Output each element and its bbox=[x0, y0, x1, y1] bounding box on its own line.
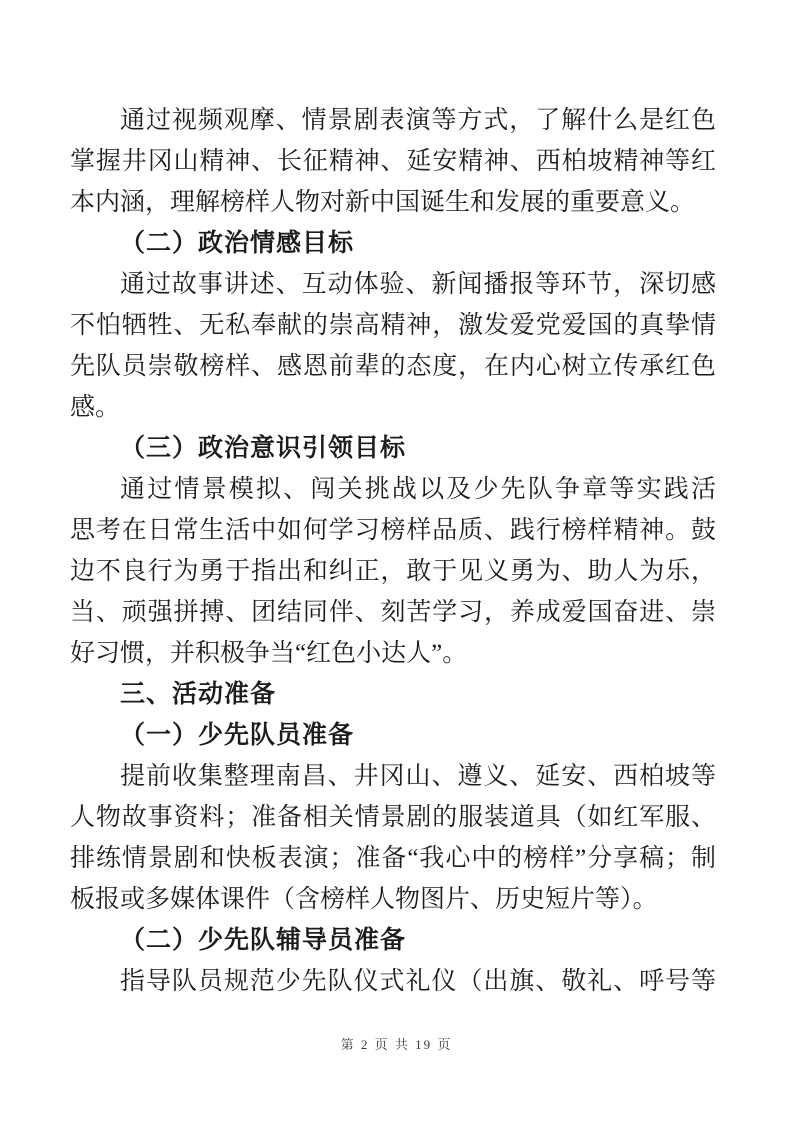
paragraph-line: 感。 bbox=[70, 387, 716, 428]
paragraph-line: 当、顽强拼搏、团结同伴、刻苦学习，养成爱国奋进、崇尚榜样的良 bbox=[70, 592, 716, 633]
paragraph-line: 边不良行为勇于指出和纠正，敢于见义勇为、助人为乐，从小学会担 bbox=[70, 551, 716, 592]
paragraph-line: 提前收集整理南昌、井冈山、遵义、延安、西柏坡等圣地的榜样 bbox=[70, 756, 716, 797]
subsection-heading: （一）少先队员准备 bbox=[70, 715, 716, 756]
paragraph-line: 板报或多媒体课件（含榜样人物图片、历史短片等）。 bbox=[70, 879, 716, 920]
paragraph-line: 掌握井冈山精神、长征精神、延安精神、西柏坡精神等红色精神的基 bbox=[70, 141, 716, 182]
paragraph-line: 不怕牺牲、无私奉献的崇高精神，激发爱党爱国的真挚情感，培养少 bbox=[70, 305, 716, 346]
paragraph-line: 通过情景模拟、闯关挑战以及少先队争章等实践活动，引导队员 bbox=[70, 469, 716, 510]
page-number-footer: 第 2 页 共 19 页 bbox=[0, 1034, 793, 1053]
subsection-heading: （二）政治情感目标 bbox=[70, 223, 716, 264]
paragraph-line: 先队员崇敬榜样、感恩前辈的态度，在内心树立传承红色基因的使命 bbox=[70, 346, 716, 387]
paragraph-line: 排练情景剧和快板表演；准备“我心中的榜样”分享稿；制作红色主题 bbox=[70, 838, 716, 879]
document-body: 通过视频观摩、情景剧表演等方式，了解什么是红色榜样，初步 掌握井冈山精神、长征精… bbox=[70, 100, 716, 1002]
paragraph-line: 指导队员规范少先队仪式礼仪（出旗、敬礼、呼号等环节）；审 bbox=[70, 961, 716, 1002]
paragraph-line: 好习惯，并积极争当“红色小达人”。 bbox=[70, 633, 716, 674]
paragraph-line: 通过视频观摩、情景剧表演等方式，了解什么是红色榜样，初步 bbox=[70, 100, 716, 141]
paragraph-line: 思考在日常生活中如何学习榜样品质、践行榜样精神。鼓励队员对身 bbox=[70, 510, 716, 551]
subsection-heading: （三）政治意识引领目标 bbox=[70, 428, 716, 469]
paragraph-line: 通过故事讲述、互动体验、新闻播报等环节，深切感受榜样前辈 bbox=[70, 264, 716, 305]
paragraph-line: 人物故事资料；准备相关情景剧的服装道具（如红军服、小道具等）； bbox=[70, 797, 716, 838]
section-heading: 三、活动准备 bbox=[70, 674, 716, 715]
document-page: 通过视频观摩、情景剧表演等方式，了解什么是红色榜样，初步 掌握井冈山精神、长征精… bbox=[0, 0, 793, 1122]
paragraph-line: 本内涵，理解榜样人物对新中国诞生和发展的重要意义。 bbox=[70, 182, 716, 223]
subsection-heading: （二）少先队辅导员准备 bbox=[70, 920, 716, 961]
